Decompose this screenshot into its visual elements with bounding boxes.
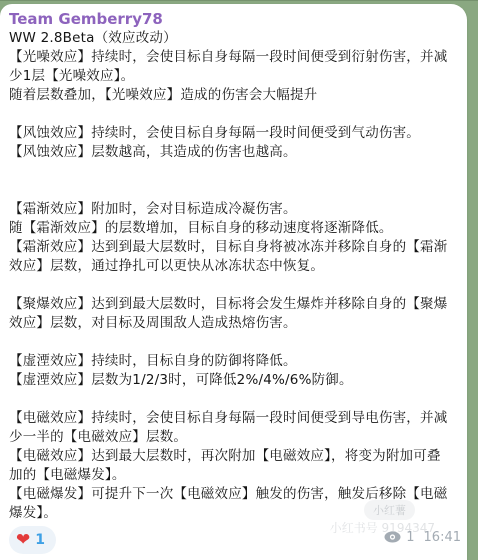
reaction-count: 1 bbox=[35, 532, 45, 548]
message-bubble: Team Gemberry78 WW 2.8Beta（效应改动） 【光噪效应】持… bbox=[0, 4, 467, 560]
message-time: 16:41 bbox=[424, 530, 461, 545]
heart-icon: ❤ bbox=[16, 532, 30, 549]
heart-reaction-button[interactable]: ❤ 1 bbox=[9, 526, 56, 554]
message-meta: 1 16:41 bbox=[384, 530, 461, 551]
views-count: 1 bbox=[406, 530, 414, 545]
top-edge-divider bbox=[0, 0, 478, 1]
views-eye-icon bbox=[384, 531, 401, 543]
message-text: WW 2.8Beta（效应改动） 【光噪效应】持续时，会使目标自身每隔一段时间便… bbox=[9, 29, 455, 523]
message-footer: ❤ 1 1 16:41 bbox=[9, 526, 461, 554]
chat-screen: Team Gemberry78 WW 2.8Beta（效应改动） 【光噪效应】持… bbox=[0, 0, 478, 560]
sender-name[interactable]: Team Gemberry78 bbox=[9, 10, 455, 29]
